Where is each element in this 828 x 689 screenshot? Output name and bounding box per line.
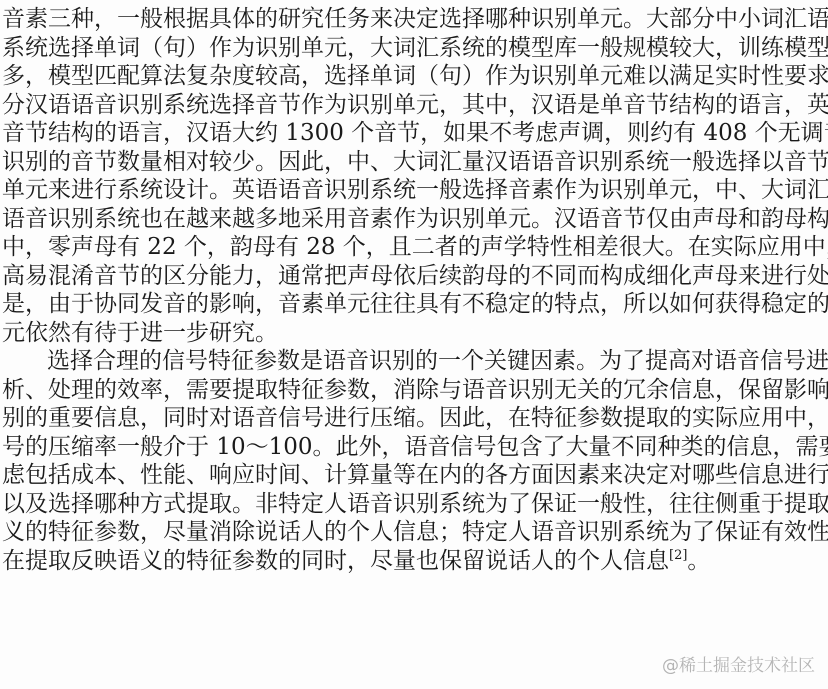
paragraph-1-line-8: 语音识别系统也在越来越多地采用音素作为识别单元。汉语音节仅由声母和韵母构成，其 bbox=[2, 204, 824, 234]
paragraph-1-line-11: 是，由于协同发音的影响，音素单元往往具有不稳定的特点，所以如何获得稳定的音素单 bbox=[2, 289, 824, 319]
paragraph-2-line-8: 在提取反映语义的特征参数的同时，尽量也保留说话人的个人信息[2]。 bbox=[2, 546, 824, 576]
paragraph-1-line-12: 元依然有待于进一步研究。 bbox=[2, 318, 824, 348]
paragraph-1-line-6: 识别的音节数量相对较少。因此，中、大词汇量汉语语音识别系统一般选择以音节为识别 bbox=[2, 147, 824, 177]
paragraph-1-line-2: 系统选择单词（句）作为识别单元，大词汇系统的模型库一般规模较大，训练模型步骤较 bbox=[2, 33, 824, 63]
paragraph-2-line-5: 虑包括成本、性能、响应时间、计算量等在内的各方面因素来决定对哪些信息进行提取， bbox=[2, 460, 824, 490]
paragraph-2-line-3: 别的重要信息，同时对语音信号进行压缩。因此，在特征参数提取的实际应用中，语音信 bbox=[2, 403, 824, 433]
paragraph-2-line-4: 号的压缩率一般介于 10～100。此外，语音信号包含了大量不同种类的信息，需要综… bbox=[2, 432, 824, 462]
paragraph-1-line-9: 中，零声母有 22 个，韵母有 28 个，且二者的声学特性相差很大。在实际应用中… bbox=[2, 232, 824, 262]
citation-reference[interactable]: [2] bbox=[669, 548, 687, 563]
paragraph-1-line-10: 高易混淆音节的区分能力，通常把声母依后续韵母的不同而构成细化声母来进行处理。但 bbox=[2, 261, 824, 291]
paragraph-1-line-5: 音节结构的语言，汉语大约 1300 个音节，如果不考虑声调，则约有 408 个无… bbox=[2, 118, 824, 148]
paragraph-2-line-1: 选择合理的信号特征参数是语音识别的一个关键因素。为了提高对语音信号进行分 bbox=[47, 346, 824, 376]
paragraph-2-line-2: 析、处理的效率，需要提取特征参数，消除与语音识别无关的冗余信息，保留影响语音识 bbox=[2, 375, 824, 405]
paragraph-1-line-7: 单元来进行系统设计。英语语音识别系统一般选择音素作为识别单元，中、大词汇量汉语 bbox=[2, 175, 824, 205]
paragraph-2-line-8-text: 在提取反映语义的特征参数的同时，尽量也保留说话人的个人信息 bbox=[2, 548, 669, 574]
paragraph-1-line-3: 多，模型匹配算法复杂度较高，选择单词（句）作为识别单元难以满足实时性要求。大部 bbox=[2, 61, 824, 91]
ending-punctuation: 。 bbox=[687, 548, 710, 574]
paragraph-1-line-1: 音素三种，一般根据具体的研究任务来决定选择哪种识别单元。大部分中小词汇语音识别 bbox=[2, 4, 824, 34]
document-page: 音素三种，一般根据具体的研究任务来决定选择哪种识别单元。大部分中小词汇语音识别 … bbox=[0, 0, 828, 689]
paragraph-2-line-7: 义的特征参数，尽量消除说话人的个人信息；特定人语音识别系统为了保证有效性，往往 bbox=[2, 517, 824, 547]
paragraph-2-line-6: 以及选择哪种方式提取。非特定人语音识别系统为了保证一般性，往往侧重于提取反映语 bbox=[2, 489, 824, 519]
paragraph-1-line-4: 分汉语语音识别系统选择音节作为识别单元，其中，汉语是单音节结构的语言，英语是多 bbox=[2, 90, 824, 120]
watermark: @稀土掘金技术社区 bbox=[662, 654, 815, 678]
